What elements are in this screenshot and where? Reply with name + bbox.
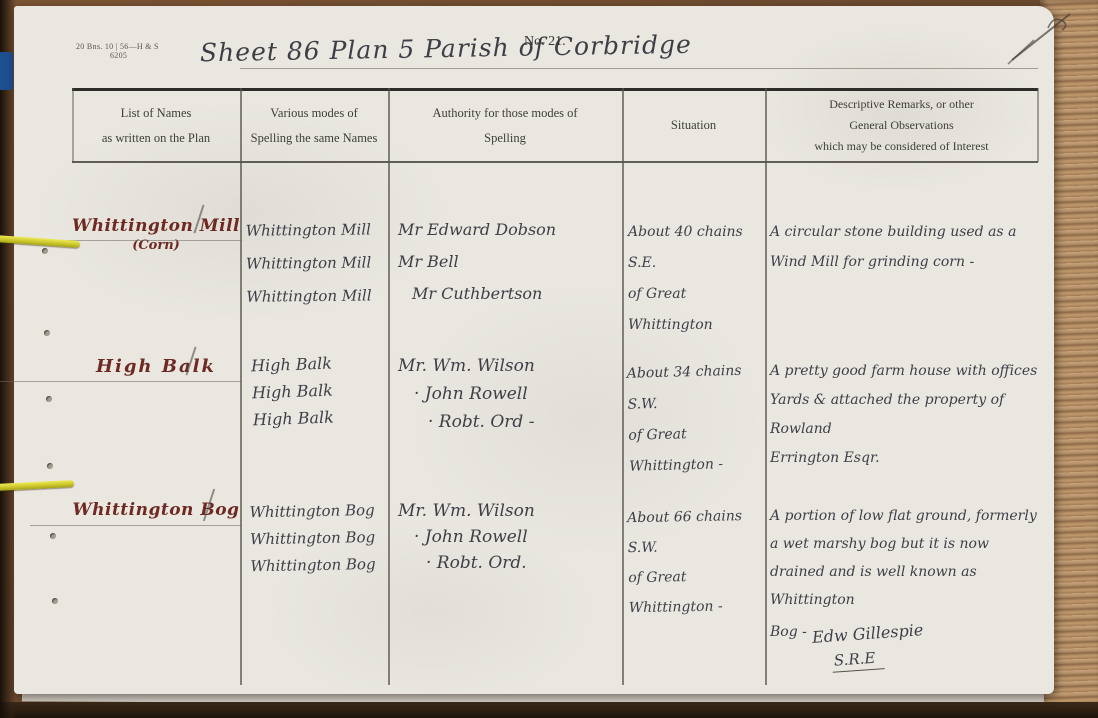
name-book-scan: 20 Bns. 10 | 56—H & S 6205 Sheet 86 Plan… [0,0,1098,718]
header-line: as written on the Plan [72,126,240,151]
spelling-line: Whittington Mill [246,279,386,313]
remark-line: Errington Esqr. [770,444,1038,473]
authority-line: · Robt. Ord. [426,550,618,576]
entry3-situation: About 66 chains S.W. of Great Whittingto… [627,501,763,623]
entry1-authorities: Mr Edward Dobson Mr Bell Mr Cuthbertson [398,214,618,310]
authority-line: · Robt. Ord - [428,408,618,436]
entry1-situation: About 40 chains S.E. of Great Whittingto… [628,217,762,341]
punch-hole [52,598,58,604]
page-number: No. 21. [524,34,566,50]
header-line: Descriptive Remarks, or other [765,94,1038,115]
punch-hole [42,248,48,254]
situation-line: About 34 chains S.W. [626,355,762,420]
remark-line: Yards & attached the property of Rowland [770,386,1038,444]
column-rule-1 [240,88,242,685]
spelling-line: Whittington Bog [250,524,390,553]
entry2-remarks: A pretty good farm house with offices Ya… [770,357,1038,473]
entry2-spellings: High Balk High Balk High Balk [251,348,390,434]
situation-line: of Great Whittington [628,279,762,341]
spelling-line: Whittington Bog [249,497,389,526]
punch-hole [47,463,53,469]
header-line: Authority for those modes of [388,101,622,126]
situation-line: of Great Whittington - [628,561,763,623]
remark-line: Wind Mill for grinding corn - [770,247,1038,277]
stamp-line1: 20 Bns. 10 | 56—H & S [76,42,196,51]
situation-line: of Great Whittington - [628,417,764,482]
entry2-name: High Balk [72,356,240,377]
printers-stamp: 20 Bns. 10 | 56—H & S 6205 [76,42,196,60]
spelling-line: High Balk [253,402,390,434]
punch-hole [46,396,52,402]
authority-line: Mr. Wm. Wilson [398,498,618,524]
spelling-line: Whittington Mill [245,213,385,247]
header-line: Situation [622,113,765,138]
stamp-line2: 6205 [76,51,196,60]
surveyor-initials: S.R.E [831,648,884,673]
entry2-situation: About 34 chains S.W. of Great Whittingto… [626,355,763,482]
header-line: Spelling the same Names [240,126,388,151]
table-header-rule [72,161,1038,163]
column-rule-3 [622,88,624,685]
spelling-line: Whittington Mill [246,246,386,280]
punch-hole [50,533,56,539]
remark-line: A circular stone building used as a [770,217,1038,247]
header-situation: Situation [622,113,765,138]
entry3-spellings: Whittington Bog Whittington Bog Whitting… [249,497,390,580]
header-list-of-names: List of Names as written on the Plan [72,101,240,151]
header-line: List of Names [72,101,240,126]
entry2-authorities: Mr. Wm. Wilson · John Rowell · Robt. Ord… [398,352,618,436]
column-rule-4 [765,88,767,685]
title-rule [240,68,1038,69]
spelling-line: Whittington Bog [250,551,390,580]
header-descriptive-remarks: Descriptive Remarks, or other General Ob… [765,94,1038,157]
entry3-authorities: Mr. Wm. Wilson · John Rowell · Robt. Ord… [398,498,618,576]
remark-line: A portion of low flat ground, formerly [770,502,1042,530]
blue-tab-marker [0,52,13,90]
authority-line: Mr Cuthbertson [412,278,618,310]
remark-line: drained and is well known as Whittington [770,558,1042,614]
entry2-name-rule [0,381,242,382]
header-line: which may be considered of Interest [765,136,1038,157]
punch-hole [44,330,50,336]
entry1-spellings: Whittington Mill Whittington Mill Whitti… [245,213,386,313]
page-bottom-shadow [0,702,1098,718]
header-line: General Observations [765,115,1038,136]
situation-line: About 40 chains S.E. [628,217,762,279]
authority-line: · John Rowell [414,524,618,550]
entry3-name-rule [30,525,242,526]
authority-line: Mr Edward Dobson [398,214,618,246]
header-authority: Authority for those modes of Spelling [388,101,622,151]
column-rule-2 [388,88,390,685]
pencil-corner-mark [1004,6,1088,68]
authority-line: Mr. Wm. Wilson [398,352,618,380]
authority-line: · John Rowell [414,380,618,408]
table-top-rule [72,88,1038,91]
entry1-name: Whittington Mill [72,216,240,236]
entry1-remarks: A circular stone building used as a Wind… [770,217,1038,277]
authority-line: Mr Bell [398,246,618,278]
entry3-name: Whittington Bog [72,500,240,520]
situation-line: About 66 chains S.W. [627,501,762,563]
remark-line: A pretty good farm house with offices [770,357,1038,386]
header-various-modes: Various modes of Spelling the same Names [240,101,388,151]
header-line: Spelling [388,126,622,151]
remark-line: a wet marshy bog but it is now [770,530,1042,558]
header-line: Various modes of [240,101,388,126]
